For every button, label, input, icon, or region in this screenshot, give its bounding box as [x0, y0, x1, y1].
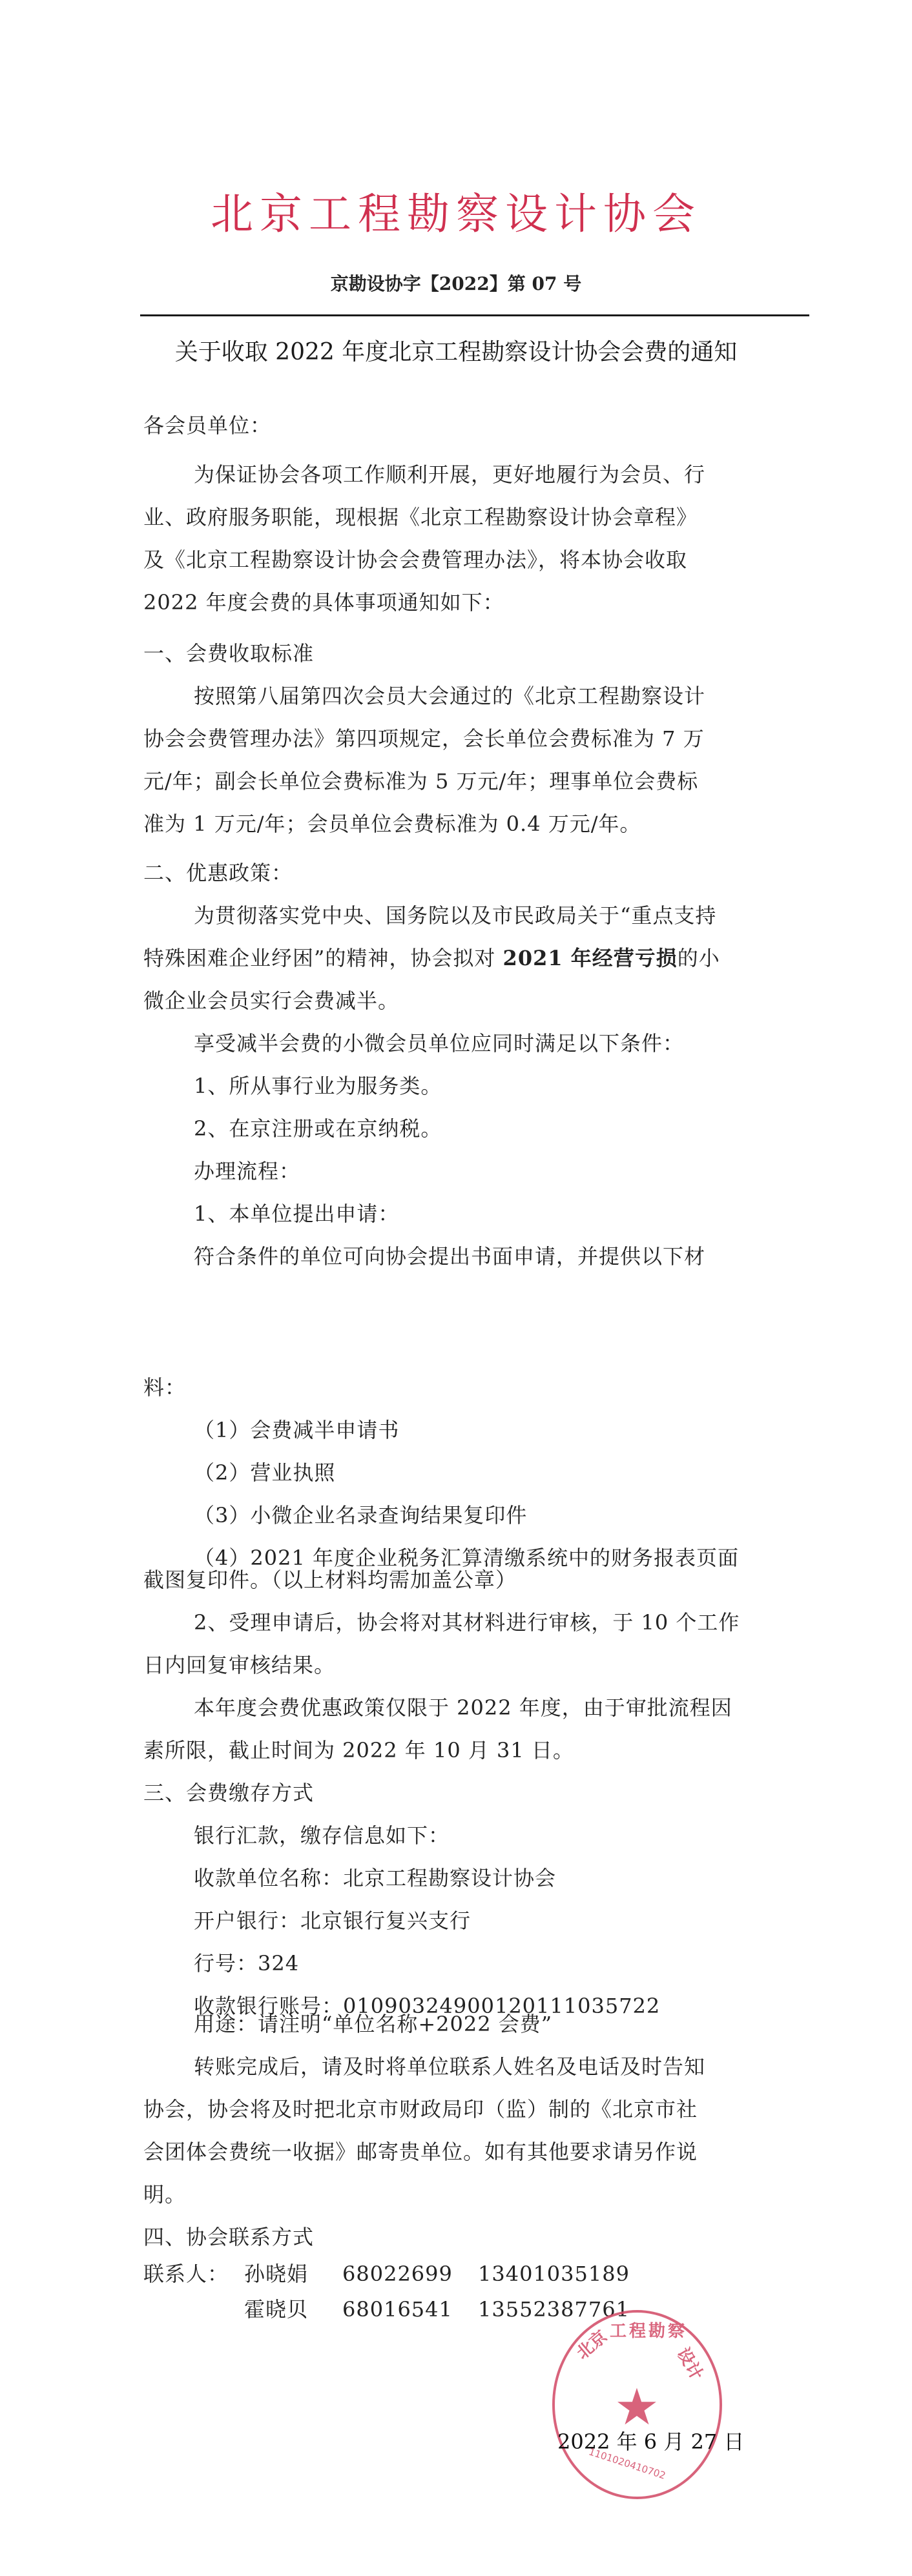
- process-step-text: 符合条件的单位可向协会提出书面申请，并提供以下材: [194, 1242, 705, 1271]
- materials-cont: 截图复印件。（以上材料均需加盖公章）: [143, 1566, 517, 1594]
- material-item: （1）会费减半申请书: [194, 1416, 399, 1444]
- issue-date: 2022 年 6 月 27 日: [557, 2428, 744, 2456]
- payment-note: 明。: [143, 2180, 186, 2209]
- contact-name: 孙晓娟: [244, 2260, 308, 2288]
- document-number: 京勘设协字【2022】第 07 号: [0, 271, 912, 297]
- process-step-cont: 日内回复审核结果。: [143, 1651, 335, 1679]
- payment-note: 协会，协会将及时把北京市财政局印（监）制的《北京市社: [143, 2095, 698, 2123]
- section2-line: 特殊困难企业纾困”的精神，协会拟对 2021 年经营亏损的小: [143, 944, 720, 972]
- section2-line-text: 特殊困难企业纾困”的精神，协会拟对: [143, 946, 503, 970]
- conditions-intro: 享受减半会费的小微会员单位应同时满足以下条件：: [194, 1029, 684, 1058]
- intro-line: 为保证协会各项工作顺利开展，更好地履行为会员、行: [194, 460, 705, 489]
- document-heading: 关于收取 2022 年度北京工程勘察设计协会会费的通知: [0, 337, 912, 368]
- contact-name: 霍晓贝: [244, 2295, 308, 2324]
- section2-line: 微企业会员实行会费减半。: [143, 986, 399, 1015]
- section1-line: 元/年；副会长单位会费标准为 5 万元/年；理事单位会费标: [143, 767, 698, 795]
- process-step: 1、本单位提出申请：: [194, 1200, 399, 1228]
- intro-line: 2022 年度会费的具体事项通知如下：: [143, 588, 504, 617]
- payment-bank-code: 行号：324: [194, 1949, 299, 1978]
- seal-text: 设计: [672, 2343, 710, 2384]
- section2-line-text: 的小: [678, 946, 720, 970]
- seal-text: 北京: [570, 2324, 612, 2364]
- contact-phone: 68022699: [342, 2260, 453, 2288]
- header-divider: [140, 314, 809, 316]
- payment-note: 会团体会费统一收据》邮寄贵单位。如有其他要求请另作说: [143, 2138, 698, 2166]
- section4-heading: 四、协会联系方式: [143, 2223, 314, 2251]
- salutation: 各会员单位：: [143, 411, 271, 440]
- section1-line: 协会会费管理办法》第四项规定，会长单位会费标准为 7 万: [143, 724, 705, 753]
- section1-heading: 一、会费收取标准: [143, 639, 314, 668]
- deadline-line: 本年度会费优惠政策仅限于 2022 年度，由于审批流程因: [194, 1693, 732, 1722]
- deadline-line: 素所限，截止时间为 2022 年 10 月 31 日。: [143, 1736, 574, 1764]
- seal-text: 工程勘察: [610, 2318, 687, 2342]
- material-item: （2）营业执照: [194, 1458, 335, 1487]
- payment-note: 转账完成后，请及时将单位联系人姓名及电话及时告知: [194, 2052, 705, 2081]
- intro-line: 业、政府服务职能，现根据《北京工程勘察设计协会章程》: [143, 503, 698, 531]
- material-item: （3）小微企业名录查询结果复印件: [194, 1501, 527, 1529]
- section2-line: 为贯彻落实党中央、国务院以及市民政局关于“重点支持: [194, 901, 716, 930]
- contact-mobile: 13401035189: [478, 2260, 630, 2288]
- section1-line: 按照第八届第四次会员大会通过的《北京工程勘察设计: [194, 682, 705, 710]
- payment-bank: 开户银行：北京银行复兴支行: [194, 1906, 471, 1935]
- payment-line: 银行汇款，缴存信息如下：: [194, 1821, 450, 1850]
- condition-item: 2、在京注册或在京纳税。: [194, 1114, 442, 1143]
- official-seal: 北京 工程勘察 设计 ★ 1101020410702: [552, 2310, 722, 2499]
- star-icon: ★: [614, 2382, 659, 2433]
- section3-heading: 三、会费缴存方式: [143, 1779, 314, 1807]
- condition-item: 1、所从事行业为服务类。: [194, 1072, 442, 1100]
- section1-line: 准为 1 万元/年；会员单位会费标准为 0.4 万元/年。: [143, 810, 641, 838]
- section2-emphasis: 2021 年经营亏损: [503, 946, 678, 970]
- intro-line: 及《北京工程勘察设计协会会费管理办法》，将本协会收取: [143, 546, 687, 574]
- contact-label: 联系人：: [143, 2260, 229, 2288]
- section2-heading: 二、优惠政策：: [143, 859, 293, 887]
- org-title: 北京工程勘察设计协会: [0, 189, 912, 240]
- payment-payee: 收款单位名称：北京工程勘察设计协会: [194, 1864, 556, 1892]
- process-label: 办理流程：: [194, 1157, 300, 1185]
- process-step-text-cont: 料：: [143, 1373, 186, 1402]
- contact-phone: 68016541: [342, 2295, 453, 2324]
- process-step: 2、受理申请后，协会将对其材料进行审核，于 10 个工作: [194, 1608, 740, 1637]
- payment-purpose: 用途：请注明“单位名称+2022 会费”: [194, 2010, 552, 2038]
